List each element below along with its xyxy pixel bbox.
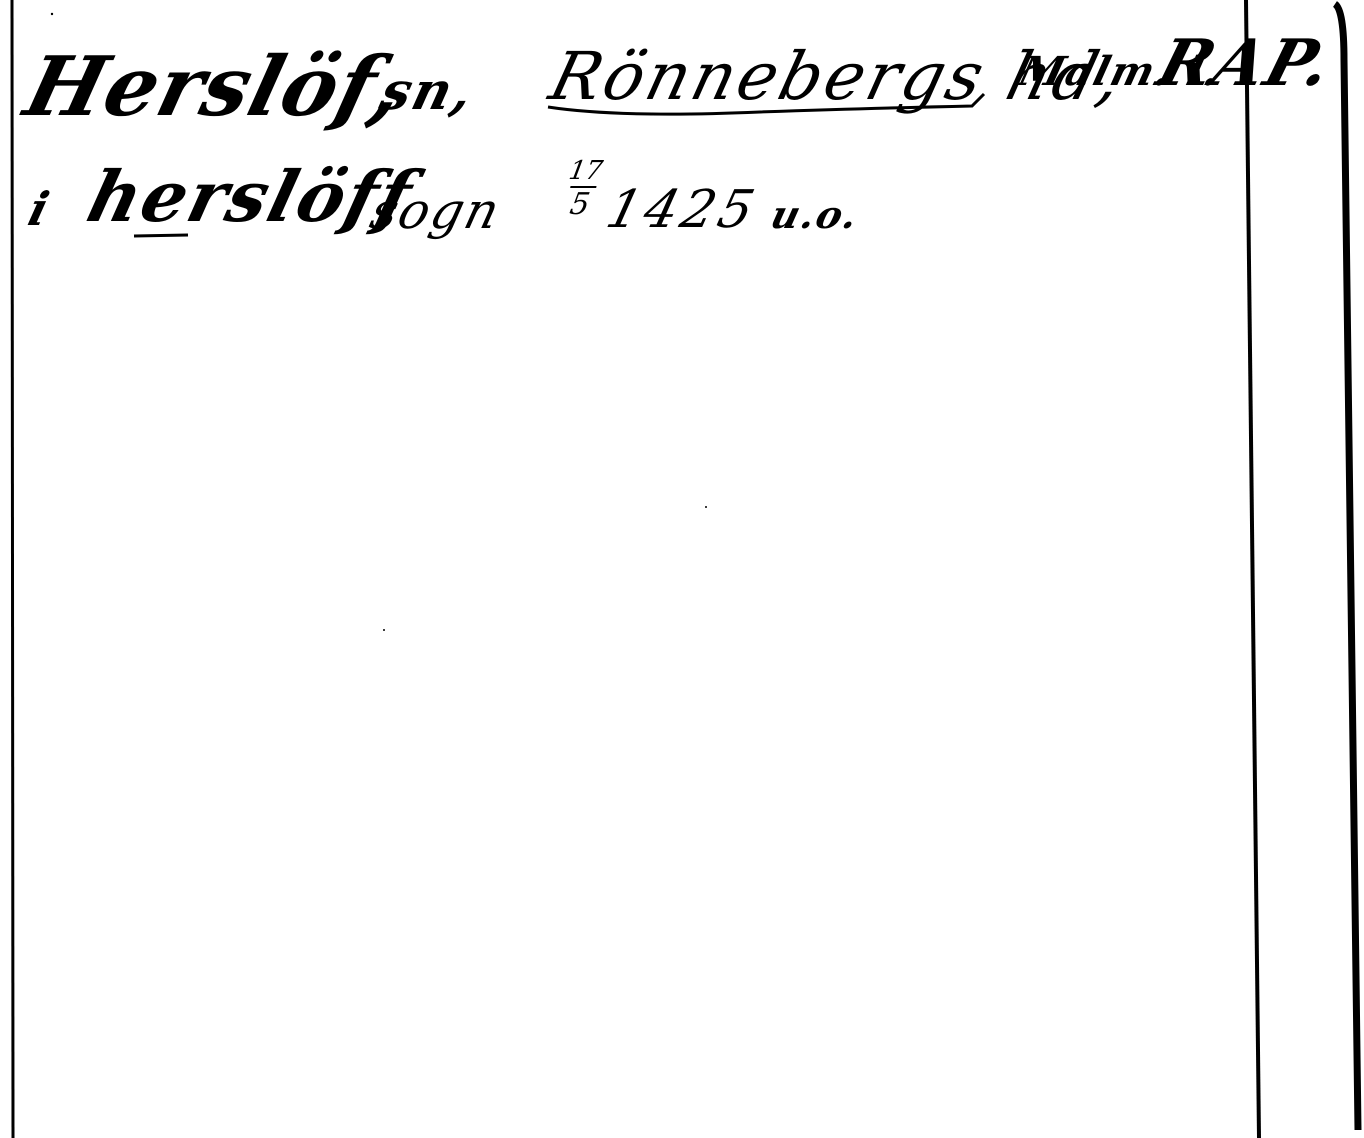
place-name: Herslöf, [18, 46, 413, 128]
date-month: 5 [568, 190, 592, 220]
year-text: 1425 [602, 184, 763, 236]
index-card: Herslöf, sn, Rönnebergs hd, Malm. l. RAP… [0, 0, 1364, 1138]
source-abbrev: RAP. [1151, 32, 1340, 96]
margin-rule-line [1246, 0, 1259, 1138]
prefix-text: i [24, 186, 55, 232]
parish-word: sogn [366, 186, 506, 236]
left-border-line [12, 0, 13, 1138]
kind-abbrev: sn, [376, 66, 480, 118]
date-fraction: 17 5 [561, 158, 605, 220]
right-edge-line [1335, 4, 1358, 1130]
date-day: 17 [567, 158, 605, 184]
suffix-abbrev: u.o. [767, 196, 863, 234]
